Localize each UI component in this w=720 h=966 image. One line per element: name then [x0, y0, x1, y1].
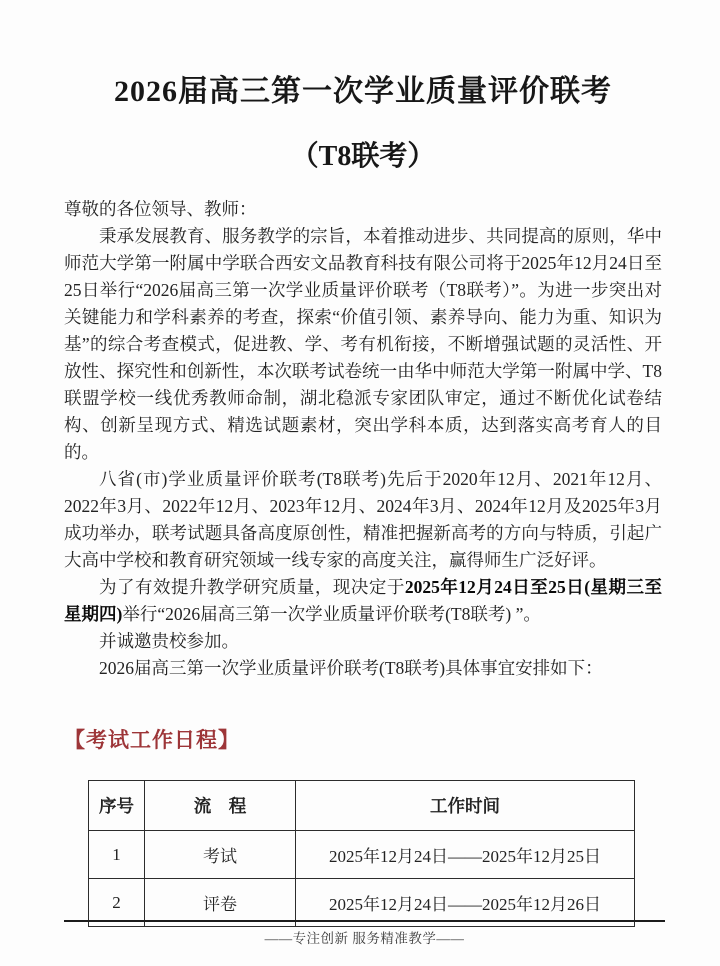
document-title: 2026届高三第一次学业质量评价联考	[64, 66, 662, 110]
document-subtitle: （T8联考）	[64, 134, 662, 174]
document-content: 2026届高三第一次学业质量评价联考 （T8联考） 尊敬的各位领导、教师： 秉承…	[0, 66, 720, 927]
table-header-row: 序号 流 程 工作时间	[89, 781, 635, 831]
footer-slogan: ——专注创新 服务精准教学——	[64, 920, 665, 947]
table-cell-process-1: 考试	[145, 831, 296, 879]
table-row: 1 考试 2025年12月24日——2025年12月25日	[89, 831, 635, 879]
table-header-serial-number: 序号	[89, 781, 145, 831]
paragraph-3-normal-lead: 为了有效提升教学研究质量，现决定于	[99, 577, 405, 597]
body-paragraph-1: 秉承发展教育、服务教学的宗旨，本着推动进步、共同提高的原则，华中师范大学第一附属…	[64, 223, 662, 466]
table-header-process: 流 程	[145, 781, 296, 831]
table-cell-serial-1: 1	[89, 831, 145, 879]
salutation-line: 尊敬的各位领导、教师：	[64, 196, 662, 223]
body-paragraph-4: 并诚邀贵校参加。	[64, 628, 662, 655]
section-heading-exam-schedule: 【考试工作日程】	[64, 724, 662, 754]
paragraph-3-normal-tail: 举行“2026届高三第一次学业质量评价联考(T8联考) ”。	[122, 604, 541, 624]
body-paragraph-3: 为了有效提升教学研究质量，现决定于2025年12月24日至25日(星期三至星期四…	[64, 574, 662, 628]
table-cell-time-1: 2025年12月24日——2025年12月25日	[296, 831, 635, 879]
document-page: 2026届高三第一次学业质量评价联考 （T8联考） 尊敬的各位领导、教师： 秉承…	[0, 0, 720, 966]
document-body: 尊敬的各位领导、教师： 秉承发展教育、服务教学的宗旨，本着推动进步、共同提高的原…	[64, 196, 662, 682]
body-paragraph-5: 2026届高三第一次学业质量评价联考(T8联考)具体事宜安排如下：	[64, 655, 662, 682]
body-paragraph-2: 八省(市)学业质量评价联考(T8联考)先后于2020年12月、2021年12月、…	[64, 466, 662, 574]
table-header-work-time: 工作时间	[296, 781, 635, 831]
exam-schedule-table: 序号 流 程 工作时间 1 考试 2025年12月24日——2025年12月25…	[88, 780, 635, 927]
